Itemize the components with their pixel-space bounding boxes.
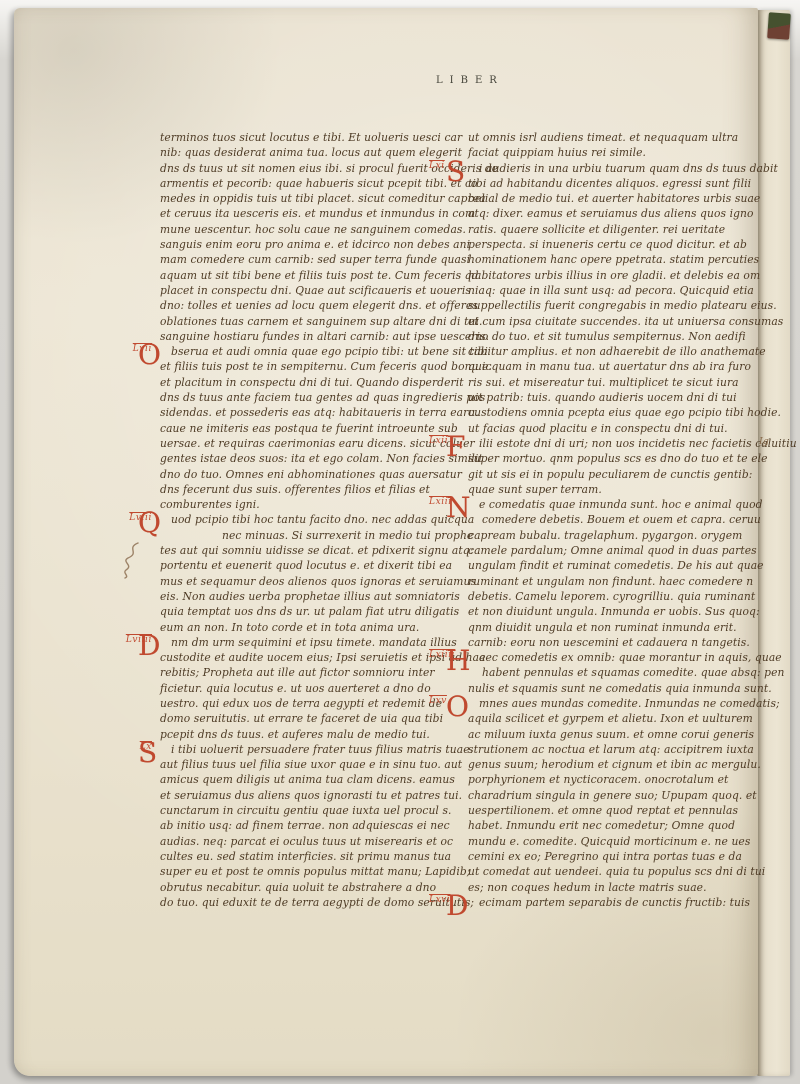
chapter-number: Lvii <box>112 345 152 354</box>
text-line: eum an non. In toto corde et in tota ani… <box>160 620 460 635</box>
text-line-content: quae sunt super terram. <box>468 483 602 496</box>
text-line-content: dns fecerunt dus suis. offerentes filios… <box>160 483 430 496</box>
text-line: obrutus necabitur. quia uoluit te abstra… <box>160 880 460 895</box>
text-line: Obserua et audi omnia quae ego pcipio ti… <box>160 344 460 359</box>
text-line-content: caue ne imiteris eas postqua te fuerint … <box>160 422 458 435</box>
text-line-content: obrutus necabitur. quia uoluit te abstra… <box>160 881 436 894</box>
text-line-content: ruminant et ungulam non findunt. haec co… <box>468 575 753 588</box>
text-line: ut comedat aut uendeei. quia tu populus … <box>468 864 760 879</box>
text-line: suppellectilis fuerit congregabis in med… <box>468 298 760 313</box>
running-title: LIBER <box>436 75 504 86</box>
text-line: nec minuas. Si surrexerit in medio tui p… <box>160 528 460 543</box>
bookmark-tab <box>767 12 791 39</box>
text-line: genus suum; herodium et cignum et ibin a… <box>468 757 760 772</box>
text-line-content: ecimam partem separabis de cunctis fruct… <box>479 896 750 909</box>
text-line: medes in oppidis tuis ut tibi placet. si… <box>160 191 460 206</box>
text-line: ficietur. quia locutus e. ut uos auerter… <box>160 681 460 696</box>
text-line: sanguis enim eoru pro anima e. et idcirc… <box>160 237 460 252</box>
text-line-content: sanguine hostiaru fundes in altari carni… <box>160 330 489 343</box>
text-line: uersae. et requiras caerimonias earu dic… <box>160 436 460 451</box>
text-line-content: e comedatis quae inmunda sunt. hoc e ani… <box>479 498 763 511</box>
chapter-number: Lxiiii <box>429 651 463 660</box>
text-line-content: capream bubalu. tragelaphum. pygargon. o… <box>468 529 742 542</box>
text-line-content: aquam ut sit tibi bene et filiis tuis po… <box>160 269 479 282</box>
text-line-content: strutionem ac noctua et larum atq: accip… <box>468 743 754 756</box>
text-column-right: ut omnis isrl audiens timeat. et nequaqu… <box>468 130 760 910</box>
text-line-content: nec minuas. Si surrexerit in medio tui p… <box>222 529 473 542</box>
text-line-content: portentu et euenerit quod locutus e. et … <box>160 559 452 572</box>
text-line: dns ds tuus ante faciem tua gentes ad qu… <box>160 390 460 405</box>
text-line: caue ne imiteris eas postqua te fuerint … <box>160 421 460 436</box>
chapter-number: Lxvi <box>429 896 463 905</box>
text-line: custodite et audite uocem eius; Ipsi ser… <box>160 650 460 665</box>
text-line-content: ratis. quaere sollicite et diligenter. r… <box>468 223 725 236</box>
text-line-content: i tibi uoluerit persuadere frater tuus f… <box>171 743 473 756</box>
text-line: domo seruitutis. ut errare te faceret de… <box>160 711 460 726</box>
text-line-content: super mortuo. qnm populus scs es dno do … <box>468 452 768 465</box>
text-line: oblationes tuas carnem et sanguinem sup … <box>160 314 460 329</box>
text-line-content: cunctarum in circuitu gentiu quae iuxta … <box>160 804 452 817</box>
text-line-content: mus et sequamur deos alienos quos ignora… <box>160 575 476 588</box>
text-line: cultes eu. sed statim interficies. sit p… <box>160 849 460 864</box>
text-column-left: terminos tuos sicut locutus e tibi. Et u… <box>160 130 460 910</box>
text-line: faciat quippiam huius rei simile. <box>468 145 760 160</box>
text-line-content: mam comedere cum carnib: sed super terra… <box>160 253 470 266</box>
text-line-content: do tuo. qui eduxit te de terra aegypti d… <box>160 896 474 909</box>
text-line: charadrium singula in genere suo; Upupam… <box>468 788 760 803</box>
text-line: Omnes aues mundas comedite. Inmundas ne … <box>468 696 760 711</box>
text-line: dno do tuo. et sit tumulus sempiternus. … <box>468 329 760 344</box>
text-line-content: uestro. qui edux uos de terra aegypti et… <box>160 697 442 710</box>
text-line: uespertilionem. et omne quod reptat et p… <box>468 803 760 818</box>
text-line: ruminant et ungulam non findunt. haec co… <box>468 574 760 589</box>
text-line: Filii estote dni di uri; non uos incidet… <box>468 436 760 451</box>
chapter-number: Lx <box>112 743 152 752</box>
text-line: dno: tolles et uenies ad locu quem elege… <box>160 298 460 313</box>
text-line-content: oblationes tuas carnem et sanguinem sup … <box>160 315 482 328</box>
photo-background: LIBER terminos tuos sicut locutus e tibi… <box>0 0 800 1084</box>
text-line: amicus quem diligis ut anima tua clam di… <box>160 772 460 787</box>
text-line: habent pennulas et squamas comedite. qua… <box>468 665 760 680</box>
text-line-content: carnib: eoru non uescemini et cadauera n… <box>468 636 750 649</box>
text-line: mus et sequamur deos alienos quos ignora… <box>160 574 460 589</box>
text-line-content: quia temptat uos dns ds ur. ut palam fia… <box>160 605 459 618</box>
text-line-content: belial de medio tui. et auerter habitato… <box>468 192 760 205</box>
text-line-content: ficietur. quia locutus e. ut uos auerter… <box>160 682 431 695</box>
text-line: et cum ipsa ciuitate succendes. ita ut u… <box>468 314 760 329</box>
text-line-content: comburentes igni. <box>160 498 260 511</box>
text-line: perspecta. si inueneris certu ce quod di… <box>468 237 760 252</box>
text-line: ac miluum iuxta genus suum. et omne coru… <box>468 727 760 742</box>
text-line-content: uespertilionem. et omne quod reptat et p… <box>468 804 738 817</box>
text-line-content: domo seruitutis. ut errare te faceret de… <box>160 712 443 725</box>
text-line-content: cultes eu. sed statim interficies. sit p… <box>160 850 451 863</box>
text-line: sidendas. et possederis eas atq: habitau… <box>160 405 460 420</box>
text-line-content: ilii estote dni di uri; non uos incideti… <box>479 437 797 450</box>
text-line-content: habet. Inmundu erit nec comedetur; Omne … <box>468 819 735 832</box>
text-line-content: suppellectilis fuerit congregabis in med… <box>468 299 777 312</box>
text-line: et ceruus ita uesceris eis. et mundus et… <box>160 206 460 221</box>
text-line-content: camele pardalum; Omne animal quod in dua… <box>468 544 757 557</box>
text-line: pcepit dns ds tuus. et auferes malu de m… <box>160 727 460 742</box>
text-line-content: et filiis tuis post te in sempiternu. Cu… <box>160 360 492 373</box>
text-line-content: uersae. et requiras caerimonias earu dic… <box>160 437 475 450</box>
text-line-content: aec comedetis ex omnib: quae morantur in… <box>479 651 782 664</box>
text-line: capream bubalu. tragelaphum. pygargon. o… <box>468 528 760 543</box>
text-line: hominationem hanc opere ppetrata. statim… <box>468 252 760 267</box>
text-line-content: eum an non. In toto corde et in tota ani… <box>160 621 419 634</box>
text-line: camele pardalum; Omne animal quod in dua… <box>468 543 760 558</box>
text-line-content: habent pennulas et squamas comedite. qua… <box>482 666 785 679</box>
text-line: Ne comedatis quae inmunda sunt. hoc e an… <box>468 497 760 512</box>
text-line-content: comedere debetis. Bouem et ouem et capra… <box>482 513 761 526</box>
text-line: dno do tuo. Omnes eni abhominationes qua… <box>160 467 460 482</box>
text-line: nib: quas desiderat anima tua. locus aut… <box>160 145 460 160</box>
text-line: super eu et post te omnis populus mittat… <box>160 864 460 879</box>
text-line-content: uod pcipio tibi hoc tantu facito dno. ne… <box>171 513 474 526</box>
text-line-content: dns ds tuus ante faciem tua gentes ad qu… <box>160 391 485 404</box>
text-line: terminos tuos sicut locutus e tibi. Et u… <box>160 130 460 145</box>
text-line: uit patrib: tuis. quando audieris uocem … <box>468 390 760 405</box>
text-line: comburentes igni. <box>160 497 460 512</box>
text-line-content: rebitis; Propheta aut ille aut fictor so… <box>160 666 435 679</box>
text-line: aquila scilicet et gyrpem et alietu. Ixo… <box>468 711 760 726</box>
text-line-content: ab initio usq: ad finem terrae. non adqu… <box>160 819 450 832</box>
text-line: portentu et euenerit quod locutus e. et … <box>160 558 460 573</box>
text-line-content: nulis et squamis sunt ne comedatis quia … <box>468 682 772 695</box>
text-line: debetis. Camelu leporem. cyrogrilliu. qu… <box>468 589 760 604</box>
text-line: carnib: eoru non uescemini et cadauera n… <box>468 635 760 650</box>
text-line-content: custodiens omnia pcepta eius quae ego pc… <box>468 406 781 419</box>
text-line-content: cabitur amplius. et non adhaerebit de il… <box>468 345 766 358</box>
text-line-content: niaq: quae in illa sunt usq: ad pecora. … <box>468 284 754 297</box>
text-line: Haec comedetis ex omnib: quae morantur i… <box>468 650 760 665</box>
text-line-content: dno do tuo. Omnes eni abhominationes qua… <box>160 468 462 481</box>
text-line: cemini ex eo; Peregrino qui intra portas… <box>468 849 760 864</box>
text-line-content: quicquam in manu tua. ut auertatur dns a… <box>468 360 751 373</box>
text-line-content: et ceruus ita uesceris eis. et mundus et… <box>160 207 475 220</box>
text-line: eis. Non audies uerba prophetae illius a… <box>160 589 460 604</box>
text-line-content: placet in conspectu dni. Quae aut scific… <box>160 284 471 297</box>
text-line: ab initio usq: ad finem terrae. non adqu… <box>160 818 460 833</box>
text-line: Si tibi uoluerit persuadere frater tuus … <box>160 742 460 757</box>
margin-flourish <box>118 541 144 579</box>
text-line: atq: dixer. eamus et seruiamus dus alien… <box>468 206 760 221</box>
text-line-content: sanguis enim eoru pro anima e. et idcirc… <box>160 238 470 251</box>
text-line-content: aut filius tuus uel filia siue uxor quae… <box>160 758 462 771</box>
text-line-content: armentis et pecorib: quae habueris sicut… <box>160 177 478 190</box>
text-line: Quod pcipio tibi hoc tantu facito dno. n… <box>160 512 460 527</box>
text-line: nulis et squamis sunt ne comedatis quia … <box>468 681 760 696</box>
text-line-content: pcepit dns ds tuus. et auferes malu de m… <box>160 728 430 741</box>
text-line: qnm diuidit ungula et non ruminat inmund… <box>468 620 760 635</box>
text-line: dns ds tuus ut sit nomen eius ibi. si pr… <box>160 161 460 176</box>
text-line-content: porphyrionem et nycticoracem. onocrotalu… <box>468 773 728 786</box>
text-line: habitatores urbis illius in ore gladii. … <box>468 268 760 283</box>
text-line-content: amicus quem diligis ut anima tua clam di… <box>160 773 455 786</box>
text-line: et filiis tuis post te in sempiternu. Cu… <box>160 359 460 374</box>
text-line: super mortuo. qnm populus scs es dno do … <box>468 451 760 466</box>
text-line-content: ac miluum iuxta genus suum. et omne coru… <box>468 728 754 741</box>
text-line-content: perspecta. si inueneris certu ce quod di… <box>468 238 747 251</box>
text-line-content: ut comedat aut uendeei. quia tu populus … <box>468 865 765 878</box>
text-line-content: terminos tuos sicut locutus e tibi. Et u… <box>160 131 462 144</box>
text-line-content: genus suum; herodium et cignum et ibin a… <box>468 758 761 771</box>
text-line: et non diuidunt ungula. Inmunda er uobis… <box>468 604 760 619</box>
text-line-content: ungulam findit et ruminat comedetis. De … <box>468 559 764 572</box>
text-line-content: super eu et post te omnis populus mittat… <box>160 865 470 878</box>
text-line-content: tibi ad habitandu dicentes aliquos. egre… <box>468 177 751 190</box>
text-line: cabitur amplius. et non adhaerebit de il… <box>468 344 760 359</box>
text-line: et placitum in conspectu dni di tui. Qua… <box>160 375 460 390</box>
text-line-content: eis. Non audies uerba prophetae illius a… <box>160 590 460 603</box>
text-line: placet in conspectu dni. Quae aut scific… <box>160 283 460 298</box>
text-line: quicquam in manu tua. ut auertatur dns a… <box>468 359 760 374</box>
text-line-content: atq: dixer. eamus et seruiamus dus alien… <box>468 207 754 220</box>
chapter-number: Lviii <box>112 514 152 523</box>
text-line: ris sui. et misereatur tui. multiplicet … <box>468 375 760 390</box>
text-line-content: ut omnis isrl audiens timeat. et nequaqu… <box>468 131 738 144</box>
text-line: sanguine hostiaru fundes in altari carni… <box>160 329 460 344</box>
text-line: Dnm dm urm sequimini et ipsu timete. man… <box>160 635 460 650</box>
text-line: et seruiamus dus aliens quos ignorasti t… <box>160 788 460 803</box>
text-line: aut filius tuus uel filia siue uxor quae… <box>160 757 460 772</box>
text-line-content: tes aut qui somniu uidisse se dicat. et … <box>160 544 473 557</box>
text-line-content: sidendas. et possederis eas atq: habitau… <box>160 406 479 419</box>
chapter-number: Lxi <box>429 162 463 171</box>
text-line-content: ris sui. et misereatur tui. multiplicet … <box>468 376 739 389</box>
text-line: ratis. quaere sollicite et diligenter. r… <box>468 222 760 237</box>
text-line: dns fecerunt dus suis. offerentes filios… <box>160 482 460 497</box>
text-line: quia temptat uos dns ds ur. ut palam fia… <box>160 604 460 619</box>
text-line-content: git ut sis ei in populu peculiarem de cu… <box>468 468 752 481</box>
text-line: git ut sis ei in populu peculiarem de cu… <box>468 467 760 482</box>
text-line: uestro. qui edux uos de terra aegypti et… <box>160 696 460 711</box>
text-line-content: ut facias quod placitu e in conspectu dn… <box>468 422 728 435</box>
text-line: belial de medio tui. et auerter habitato… <box>468 191 760 206</box>
text-line-content: dno do tuo. et sit tumulus sempiternus. … <box>468 330 746 343</box>
text-line: ungulam findit et ruminat comedetis. De … <box>468 558 760 573</box>
text-line-content: nm dm urm sequimini et ipsu timete. mand… <box>171 636 457 649</box>
chapter-number: Lviiii <box>112 636 152 645</box>
text-line-content: et seruiamus dus aliens quos ignorasti t… <box>160 789 462 802</box>
text-line-content: medes in oppidis tuis ut tibi placet. si… <box>160 192 486 205</box>
text-line: quae sunt super terram. <box>468 482 760 497</box>
chapter-number: Lxiii <box>429 498 463 507</box>
text-line: ut omnis isrl audiens timeat. et nequaqu… <box>468 130 760 145</box>
text-line: armentis et pecorib: quae habueris sicut… <box>160 176 460 191</box>
text-line: do tuo. qui eduxit te de terra aegypti d… <box>160 895 460 910</box>
text-line-content: audias. neq: parcat ei oculus tuus ut mi… <box>160 835 453 848</box>
text-line: aquam ut sit tibi bene et filiis tuis po… <box>160 268 460 283</box>
text-line-content: aquila scilicet et gyrpem et alietu. Ixo… <box>468 712 753 725</box>
text-line-content: charadrium singula in genere suo; Upupam… <box>468 789 757 802</box>
text-line: comedere debetis. Bouem et ouem et capra… <box>468 512 760 527</box>
text-line-content: uit patrib: tuis. quando audieris uocem … <box>468 391 737 404</box>
text-line-content: qnm diuidit ungula et non ruminat inmund… <box>468 621 737 634</box>
text-line: niaq: quae in illa sunt usq: ad pecora. … <box>468 283 760 298</box>
chapter-number: Lxii <box>429 437 463 446</box>
text-line-content: i audieris in una urbiu tuarum quam dns … <box>479 162 778 175</box>
text-line: cunctarum in circuitu gentiu quae iuxta … <box>160 803 460 818</box>
text-line: Si audieris in una urbiu tuarum quam dns… <box>468 161 760 176</box>
text-line: es; non coques hedum in lacte matris sua… <box>468 880 760 895</box>
text-line: ut facias quod placitu e in conspectu dn… <box>468 421 760 436</box>
text-line: mundu e. comedite. Quicquid morticinum e… <box>468 834 760 849</box>
text-line-content: gentes istae deos suos: ita et ego colam… <box>160 452 483 465</box>
text-line: rebitis; Propheta aut ille aut fictor so… <box>160 665 460 680</box>
margin-note: Ig <box>759 437 769 447</box>
text-line: tibi ad habitandu dicentes aliquos. egre… <box>468 176 760 191</box>
text-line: strutionem ac noctua et larum atq: accip… <box>468 742 760 757</box>
text-line-content: debetis. Camelu leporem. cyrogrilliu. qu… <box>468 590 755 603</box>
text-line: Decimam partem separabis de cunctis fruc… <box>468 895 760 910</box>
text-line-content: et placitum in conspectu dni di tui. Qua… <box>160 376 464 389</box>
text-line-content: cemini ex eo; Peregrino qui intra portas… <box>468 850 742 863</box>
text-line-content: habitatores urbis illius in ore gladii. … <box>468 269 760 282</box>
text-line-content: faciat quippiam huius rei simile. <box>468 146 646 159</box>
text-line-content: mnes aues mundas comedite. Inmundas ne c… <box>479 697 780 710</box>
text-line: tes aut qui somniu uidisse se dicat. et … <box>160 543 460 558</box>
text-line-content: et cum ipsa ciuitate succendes. ita ut u… <box>468 315 783 328</box>
text-line: audias. neq: parcat ei oculus tuus ut mi… <box>160 834 460 849</box>
text-line-content: nib: quas desiderat anima tua. locus aut… <box>160 146 462 159</box>
text-line-content: mune uescentur. hoc solu caue ne sanguin… <box>160 223 466 236</box>
text-line: gentes istae deos suos: ita et ego colam… <box>160 451 460 466</box>
text-line-content: bserua et audi omnia quae ego pcipio tib… <box>171 345 488 358</box>
text-line: mune uescentur. hoc solu caue ne sanguin… <box>160 222 460 237</box>
text-line-content: hominationem hanc opere ppetrata. statim… <box>468 253 759 266</box>
text-line: custodiens omnia pcepta eius quae ego pc… <box>468 405 760 420</box>
text-line-content: mundu e. comedite. Quicquid morticinum e… <box>468 835 750 848</box>
text-line: habet. Inmundu erit nec comedetur; Omne … <box>468 818 760 833</box>
chapter-number: Lxv <box>429 697 463 706</box>
text-line-content: es; non coques hedum in lacte matris sua… <box>468 881 707 894</box>
text-line-content: dno: tolles et uenies ad locu quem elege… <box>160 299 478 312</box>
text-line: mam comedere cum carnib: sed super terra… <box>160 252 460 267</box>
text-line: porphyrionem et nycticoracem. onocrotalu… <box>468 772 760 787</box>
text-line-content: et non diuidunt ungula. Inmunda er uobis… <box>468 605 760 618</box>
